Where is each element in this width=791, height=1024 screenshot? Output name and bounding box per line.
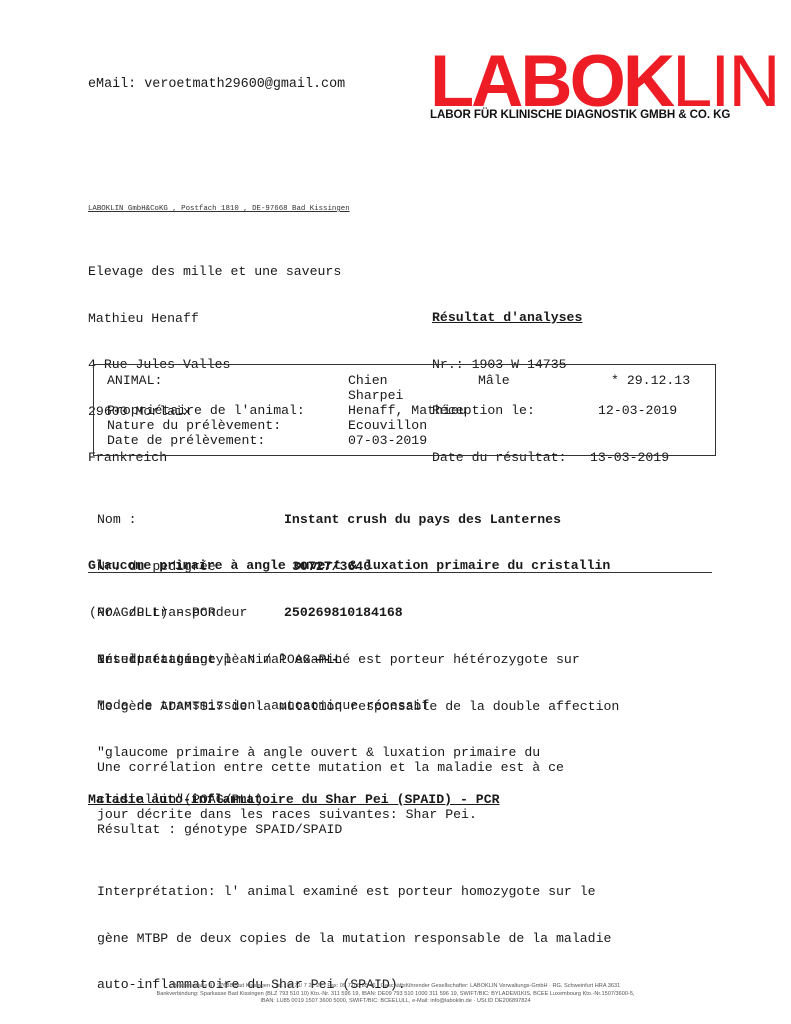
logo-wordmark: LABOKLIN bbox=[430, 52, 757, 108]
animal-sex: Mâle bbox=[478, 373, 510, 389]
spaid-result: Résultat : génotype SPAID/SPAID bbox=[97, 822, 342, 838]
footer-line: Steubenstraße 4 · 97688 Bad Kissingen · … bbox=[0, 983, 791, 991]
result-title: Résultat d'analyses bbox=[432, 310, 677, 326]
recipient-line: Mathieu Henaff bbox=[88, 311, 341, 327]
owner-label: Propriétaire de l'animal: bbox=[107, 403, 305, 419]
recipient-line: Elevage des mille et une saveurs bbox=[88, 264, 341, 280]
sample-date: 07-03-2019 bbox=[348, 433, 427, 449]
animal-name: Instant crush du pays des Lanternes bbox=[284, 512, 561, 527]
laboklin-logo: LABOKLIN LABOR FÜR KLINISCHE DIAGNOSTIK … bbox=[430, 52, 760, 121]
section-underline bbox=[88, 572, 712, 573]
sample-date-label: Date de prélèvement: bbox=[107, 433, 265, 449]
logo-word-thin: LIN bbox=[672, 41, 779, 122]
sample-type-label: Nature du prélèvement: bbox=[107, 418, 281, 434]
company-footer: Steubenstraße 4 · 97688 Bad Kissingen · … bbox=[0, 983, 791, 1006]
name-label: Nom : bbox=[97, 512, 284, 528]
animal-breed: Sharpei bbox=[348, 388, 403, 404]
animal-birth-date: * 29.12.13 bbox=[611, 373, 690, 389]
transmission-mode: Mode de transmission: autosomique récess… bbox=[97, 698, 429, 714]
footer-line: Bankverbindung: Sparkasse Bad Kissingen … bbox=[0, 991, 791, 999]
interpretation-line: gène MTBP de deux copies de la mutation … bbox=[97, 931, 611, 947]
footer-line: IBAN: LU85 0019 1507 3600 5000, SWIFT/BI… bbox=[0, 998, 791, 1006]
return-address: LABOKLIN GmbH&CoKG , Postfach 1810 , DE-… bbox=[88, 205, 350, 214]
animal-label: ANIMAL: bbox=[107, 373, 162, 389]
spaid-section-title: Maladie auto-inflammatoire du Shar Pei (… bbox=[88, 792, 500, 808]
sample-type: Ecouvillon bbox=[348, 418, 427, 434]
name-row: Nom :Instant crush du pays des Lanternes bbox=[97, 512, 561, 528]
correlation-line: jour décrite dans les races suivantes: S… bbox=[97, 807, 564, 823]
interpretation-line: Interprétation: l`animal examiné est por… bbox=[97, 652, 619, 668]
animal-species: Chien bbox=[348, 373, 388, 389]
interpretation-line: Interprétation: l' animal examiné est po… bbox=[97, 884, 611, 900]
correlation-line: Une corrélation entre cette mutation et … bbox=[97, 760, 564, 776]
owner-name: Henaff, Mathieu bbox=[348, 403, 467, 419]
logo-word-bold: LABOK bbox=[430, 41, 672, 122]
glaucome-subtitle: (POAG/PLL) - PCR bbox=[89, 605, 342, 621]
animal-info-box: ANIMAL: Chien Mâle * 29.12.13 Sharpei Pr… bbox=[93, 364, 716, 456]
contact-email: eMail: veroetmath29600@gmail.com bbox=[88, 77, 345, 93]
